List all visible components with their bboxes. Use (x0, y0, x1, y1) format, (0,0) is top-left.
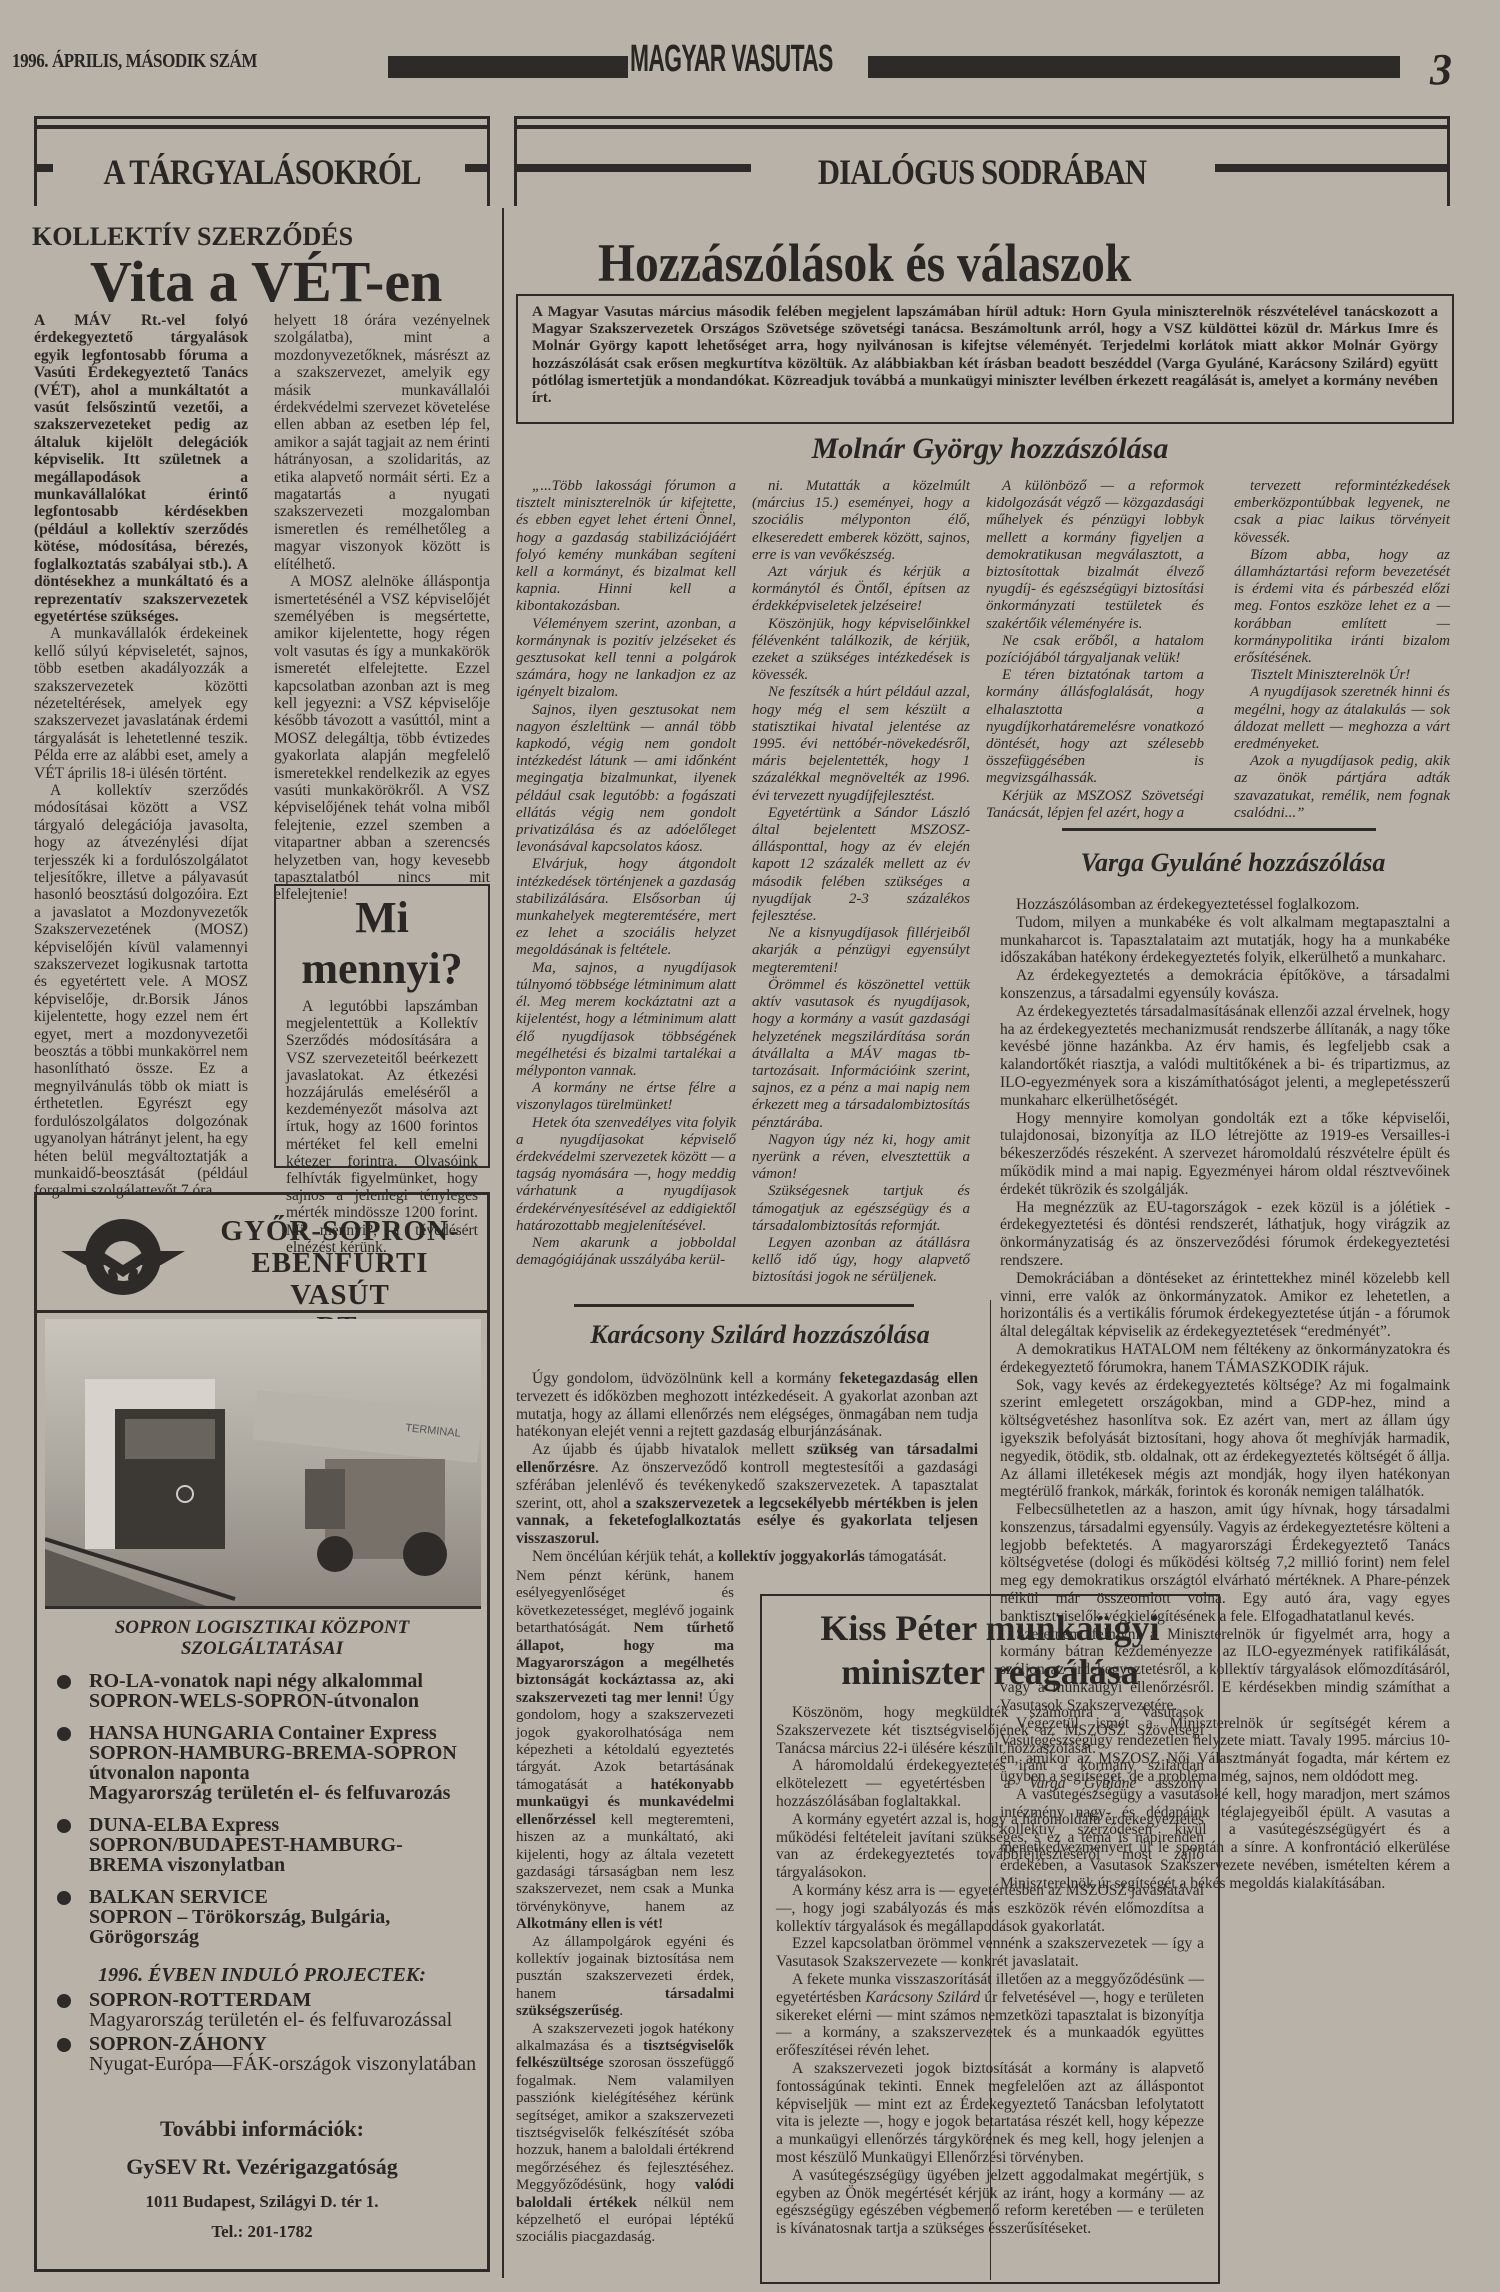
bullet-icon (57, 1994, 71, 2008)
section-banner-right: DIALÓGUS SODRÁBAN (514, 116, 1450, 206)
newspaper-page: 1996. ÁPRILIS, MÁSODIK SZÁM MAGYAR VASUT… (0, 0, 1500, 2292)
paragraph: A különböző — a reformok kidolgozását vé… (986, 478, 1204, 633)
contact-organization: GySEV Rt. Vezérigazgatóság (37, 2154, 487, 2180)
paragraph: Az állampolgárok egyéni és kollektív jog… (516, 1934, 734, 2021)
karacsony-title: Karácsony Szilárd hozzászólása (520, 1320, 1000, 1350)
terminal-photo: TERMINAL (45, 1319, 481, 1609)
karacsony-intro-text: Úgy gondolom, üdvözölnünk kell a kormány… (516, 1370, 978, 1566)
paragraph: Hozzászólásomban az érdekegyeztetéssel f… (1000, 896, 1450, 914)
paragraph: Egyetértünk a Sándor László által bejele… (752, 805, 970, 925)
paragraph: Az érdekegyeztetés a demokrácia építőköv… (1000, 967, 1450, 1003)
molnar-column-2: ni. Mutatták a közelmúlt (március 15.) e… (752, 478, 970, 1287)
paragraph: Elvárjuk, hogy átgondolt intézkedések tö… (516, 856, 736, 959)
masthead-bar-right (868, 56, 1400, 78)
service-item: HANSA HUNGARIA Container ExpressSOPRON-H… (37, 1723, 487, 1803)
paragraph: A kormány kész arra is — egyetértésben a… (776, 1882, 1204, 1935)
varga-title: Varga Gyuláné hozzászólása (1016, 848, 1450, 878)
intro-box: A Magyar Vasutas március második felében… (516, 294, 1454, 424)
section-banner-left: A TÁRGYALÁSOKRÓL (34, 116, 490, 206)
services-list: RO-LA-vonatok napi négy alkalommalSOPRON… (37, 1671, 487, 1947)
paragraph: A kollektív szerződés módosításai között… (34, 782, 248, 1200)
paragraph: Az újabb és újabb hivatalok mellett szük… (516, 1441, 978, 1548)
paragraph: Köszönjük, hogy képviselőinkkel félévenk… (752, 616, 970, 685)
paragraph: Ne csak erőből, a hatalom pozíciójából t… (986, 633, 1204, 667)
section-title-left: A TÁRGYALÁSOKRÓL (71, 151, 454, 193)
paragraph: Az érdekegyeztetés társadalmasításának e… (1000, 1003, 1450, 1110)
minister-response-title: Kiss Péter munkaügyi miniszter reagálása (776, 1606, 1204, 1694)
bullet-icon (57, 1675, 71, 1689)
paragraph: Tudom, milyen a munkabéke és volt alkalm… (1000, 914, 1450, 967)
karacsony-column: Nem pénzt kérünk, hanem esélyegyenlősége… (516, 1568, 734, 2247)
paragraph: Sajnos, ilyen gesztusokat nem nagyon ész… (516, 702, 736, 857)
correction-box: Mi mennyi? A legutóbbi lapszámban megjel… (274, 884, 490, 1168)
contact-phone: Tel.: 201-1782 (37, 2222, 487, 2242)
separator (574, 1304, 914, 1307)
paragraph: Ne a kisnyugdíjasok fillérjeiből akarják… (752, 925, 970, 977)
paragraph: Kérjük az MSZOSZ Szövetségi Tanácsát, lé… (986, 788, 1204, 822)
paragraph: Örömmel és köszönettel vettük aktív vasu… (752, 977, 970, 1132)
paragraph: Nagyon úgy néz ki, hogy amit nyerünk a r… (752, 1132, 970, 1184)
bullet-icon (57, 1727, 71, 1741)
service-item: BALKAN SERVICESOPRON – Törökország, Bulg… (37, 1887, 487, 1947)
molnar-column-1: „...Több lakossági fórumon a tisztelt mi… (516, 478, 736, 1269)
newspaper-title: MAGYAR VASUTAS (630, 38, 833, 81)
paragraph: Hogy mennyire komolyan gondolták ezt a t… (1000, 1110, 1450, 1199)
intro-text: A Magyar Vasutas március második felében… (532, 304, 1438, 406)
services-title: SOPRON LOGISZTIKAI KÖZPONT SZOLGÁLTATÁSA… (37, 1617, 487, 1659)
paragraph: Nem akarunk a jobboldal demagógiájának u… (516, 1235, 736, 1269)
project-item: SOPRON-ROTTERDAMMagyarország területén e… (37, 1990, 487, 2030)
minister-response-text: Köszönöm, hogy megküldték számomra a Vas… (776, 1704, 1204, 2238)
paragraph: A MÁV Rt.-vel folyó érdekegyeztető tárgy… (34, 312, 248, 625)
bullet-icon (57, 1819, 71, 1833)
paragraph: Ne feszítsék a húrt például azzal, hogy … (752, 684, 970, 804)
paragraph: A demokratikus HATALOM nem féltékeny az … (1000, 1341, 1450, 1377)
paragraph: helyett 18 órára vezényelnek szolgálatba… (274, 312, 490, 573)
separator (1062, 828, 1376, 831)
paragraph: Demokráciában a döntéseket az érintettek… (1000, 1270, 1450, 1341)
paragraph: Szükségesnek tartjuk és támogatjuk az eg… (752, 1183, 970, 1235)
projects-title: 1996. ÉVBEN INDULÓ PROJECTEK: (37, 1965, 487, 1986)
section-title-right: DIALÓGUS SODRÁBAN (587, 151, 1378, 193)
paragraph: Köszönöm, hogy megküldték számomra a Vas… (776, 1704, 1204, 1757)
paragraph: A nyugdíjasok szeretnék hinni és megélni… (1234, 684, 1450, 753)
service-item: RO-LA-vonatok napi négy alkalommalSOPRON… (37, 1671, 487, 1711)
paragraph: Sok, vagy kevés az érdekegyeztetés költs… (1000, 1377, 1450, 1502)
paragraph: Ha megnézzük az EU-tagországok - ezek kö… (1000, 1199, 1450, 1270)
paragraph: Ma, sajnos, a nyugdíjasok túlnyomó többs… (516, 960, 736, 1080)
winged-wheel-logo-icon (61, 1215, 185, 1299)
paragraph: „...Több lakossági fórumon a tisztelt mi… (516, 478, 736, 616)
molnar-title: Molnár György hozzászólása (760, 432, 1220, 466)
project-item: SOPRON-ZÁHONYNyugat-Európa—FÁK-országok … (37, 2034, 487, 2074)
dialog-headline: Hozzászólások és válaszok (598, 232, 1131, 294)
paragraph: A kormány egyetért azzal is, hogy a háro… (776, 1811, 1204, 1882)
issue-date: 1996. ÁPRILIS, MÁSODIK SZÁM (12, 50, 257, 73)
paragraph: Tisztelt Miniszterelnök Úr! (1234, 667, 1450, 684)
paragraph: A szakszervezeti jogok biztosítását a ko… (776, 2060, 1204, 2167)
paragraph: ni. Mutatták a közelmúlt (március 15.) e… (752, 478, 970, 564)
paragraph: A háromoldalú érdekegyeztetés iránt a ko… (776, 1757, 1204, 1810)
paragraph: A szakszervezeti jogok hatékony alkalmaz… (516, 2021, 734, 2247)
paragraph: Azt várjuk és kérjük a kormánytól és Önt… (752, 564, 970, 616)
paragraph: Legyen azonban az átállásra kellő idő úg… (752, 1235, 970, 1287)
bullet-icon (57, 2038, 71, 2052)
paragraph: Véleményem szerint, azonban, a kormányna… (516, 616, 736, 702)
molnar-column-3: A különböző — a reformok kidolgozását vé… (986, 478, 1204, 822)
paragraph: Bízom abba, hogy az államháztartási refo… (1234, 547, 1450, 667)
article-headline: Vita a VÉT-en (90, 248, 442, 315)
paragraph: A munkavállalók érdekeinek kellő súlyú k… (34, 625, 248, 782)
paragraph: Nem pénzt kérünk, hanem esélyegyenlősége… (516, 1568, 734, 1934)
minister-response-box: Kiss Péter munkaügyi miniszter reagálása… (760, 1594, 1220, 2284)
paragraph: A MOSZ alelnöke álláspontja ismertetésén… (274, 573, 490, 904)
article-column-1: A MÁV Rt.-vel folyó érdekegyeztető tárgy… (34, 312, 248, 1200)
paragraph: tervezett reformintézkedések emberközpon… (1234, 478, 1450, 547)
bullet-icon (57, 1891, 71, 1905)
paragraph: Azok a nyugdíjasok pedig, akik az önök p… (1234, 753, 1450, 822)
masthead-bar-left (388, 56, 628, 78)
paragraph: A kormány ne értse félre a viszonylagos … (516, 1080, 736, 1114)
projects-list: SOPRON-ROTTERDAMMagyarország területén e… (37, 1990, 487, 2074)
paragraph: Hetek óta szenvedélyes vita folyik a nyu… (516, 1115, 736, 1235)
contact-address: 1011 Budapest, Szilágyi D. tér 1. (37, 2192, 487, 2212)
correction-title: Mi mennyi? (286, 892, 478, 994)
more-info-label: További információk: (37, 2116, 487, 2142)
paragraph: Ezzel kapcsolatban örömmel vennénk a sza… (776, 1935, 1204, 1971)
column-divider (502, 208, 504, 2278)
paragraph: A fekete munka visszaszorítását illetően… (776, 1971, 1204, 2060)
gysev-advertisement: GYŐR-SOPRON- EBENFURTI VASÚT RT. TERMINA… (34, 1192, 490, 2272)
service-item: DUNA-ELBA ExpressSOPRON/BUDAPEST-HAMBURG… (37, 1815, 487, 1875)
paragraph: E téren biztatónak tartom a kormány állá… (986, 667, 1204, 787)
paragraph: Nem öncélúan kérjük tehát, a kollektív j… (516, 1548, 978, 1566)
paragraph: A vasútegészségügy ügyében jelzett aggod… (776, 2167, 1204, 2238)
molnar-column-4: tervezett reformintézkedések emberközpon… (1234, 478, 1450, 822)
article-column-2: helyett 18 órára vezényelnek szolgálatba… (274, 312, 490, 904)
page-number: 3 (1430, 44, 1452, 95)
paragraph: Úgy gondolom, üdvözölnünk kell a kormány… (516, 1370, 978, 1441)
